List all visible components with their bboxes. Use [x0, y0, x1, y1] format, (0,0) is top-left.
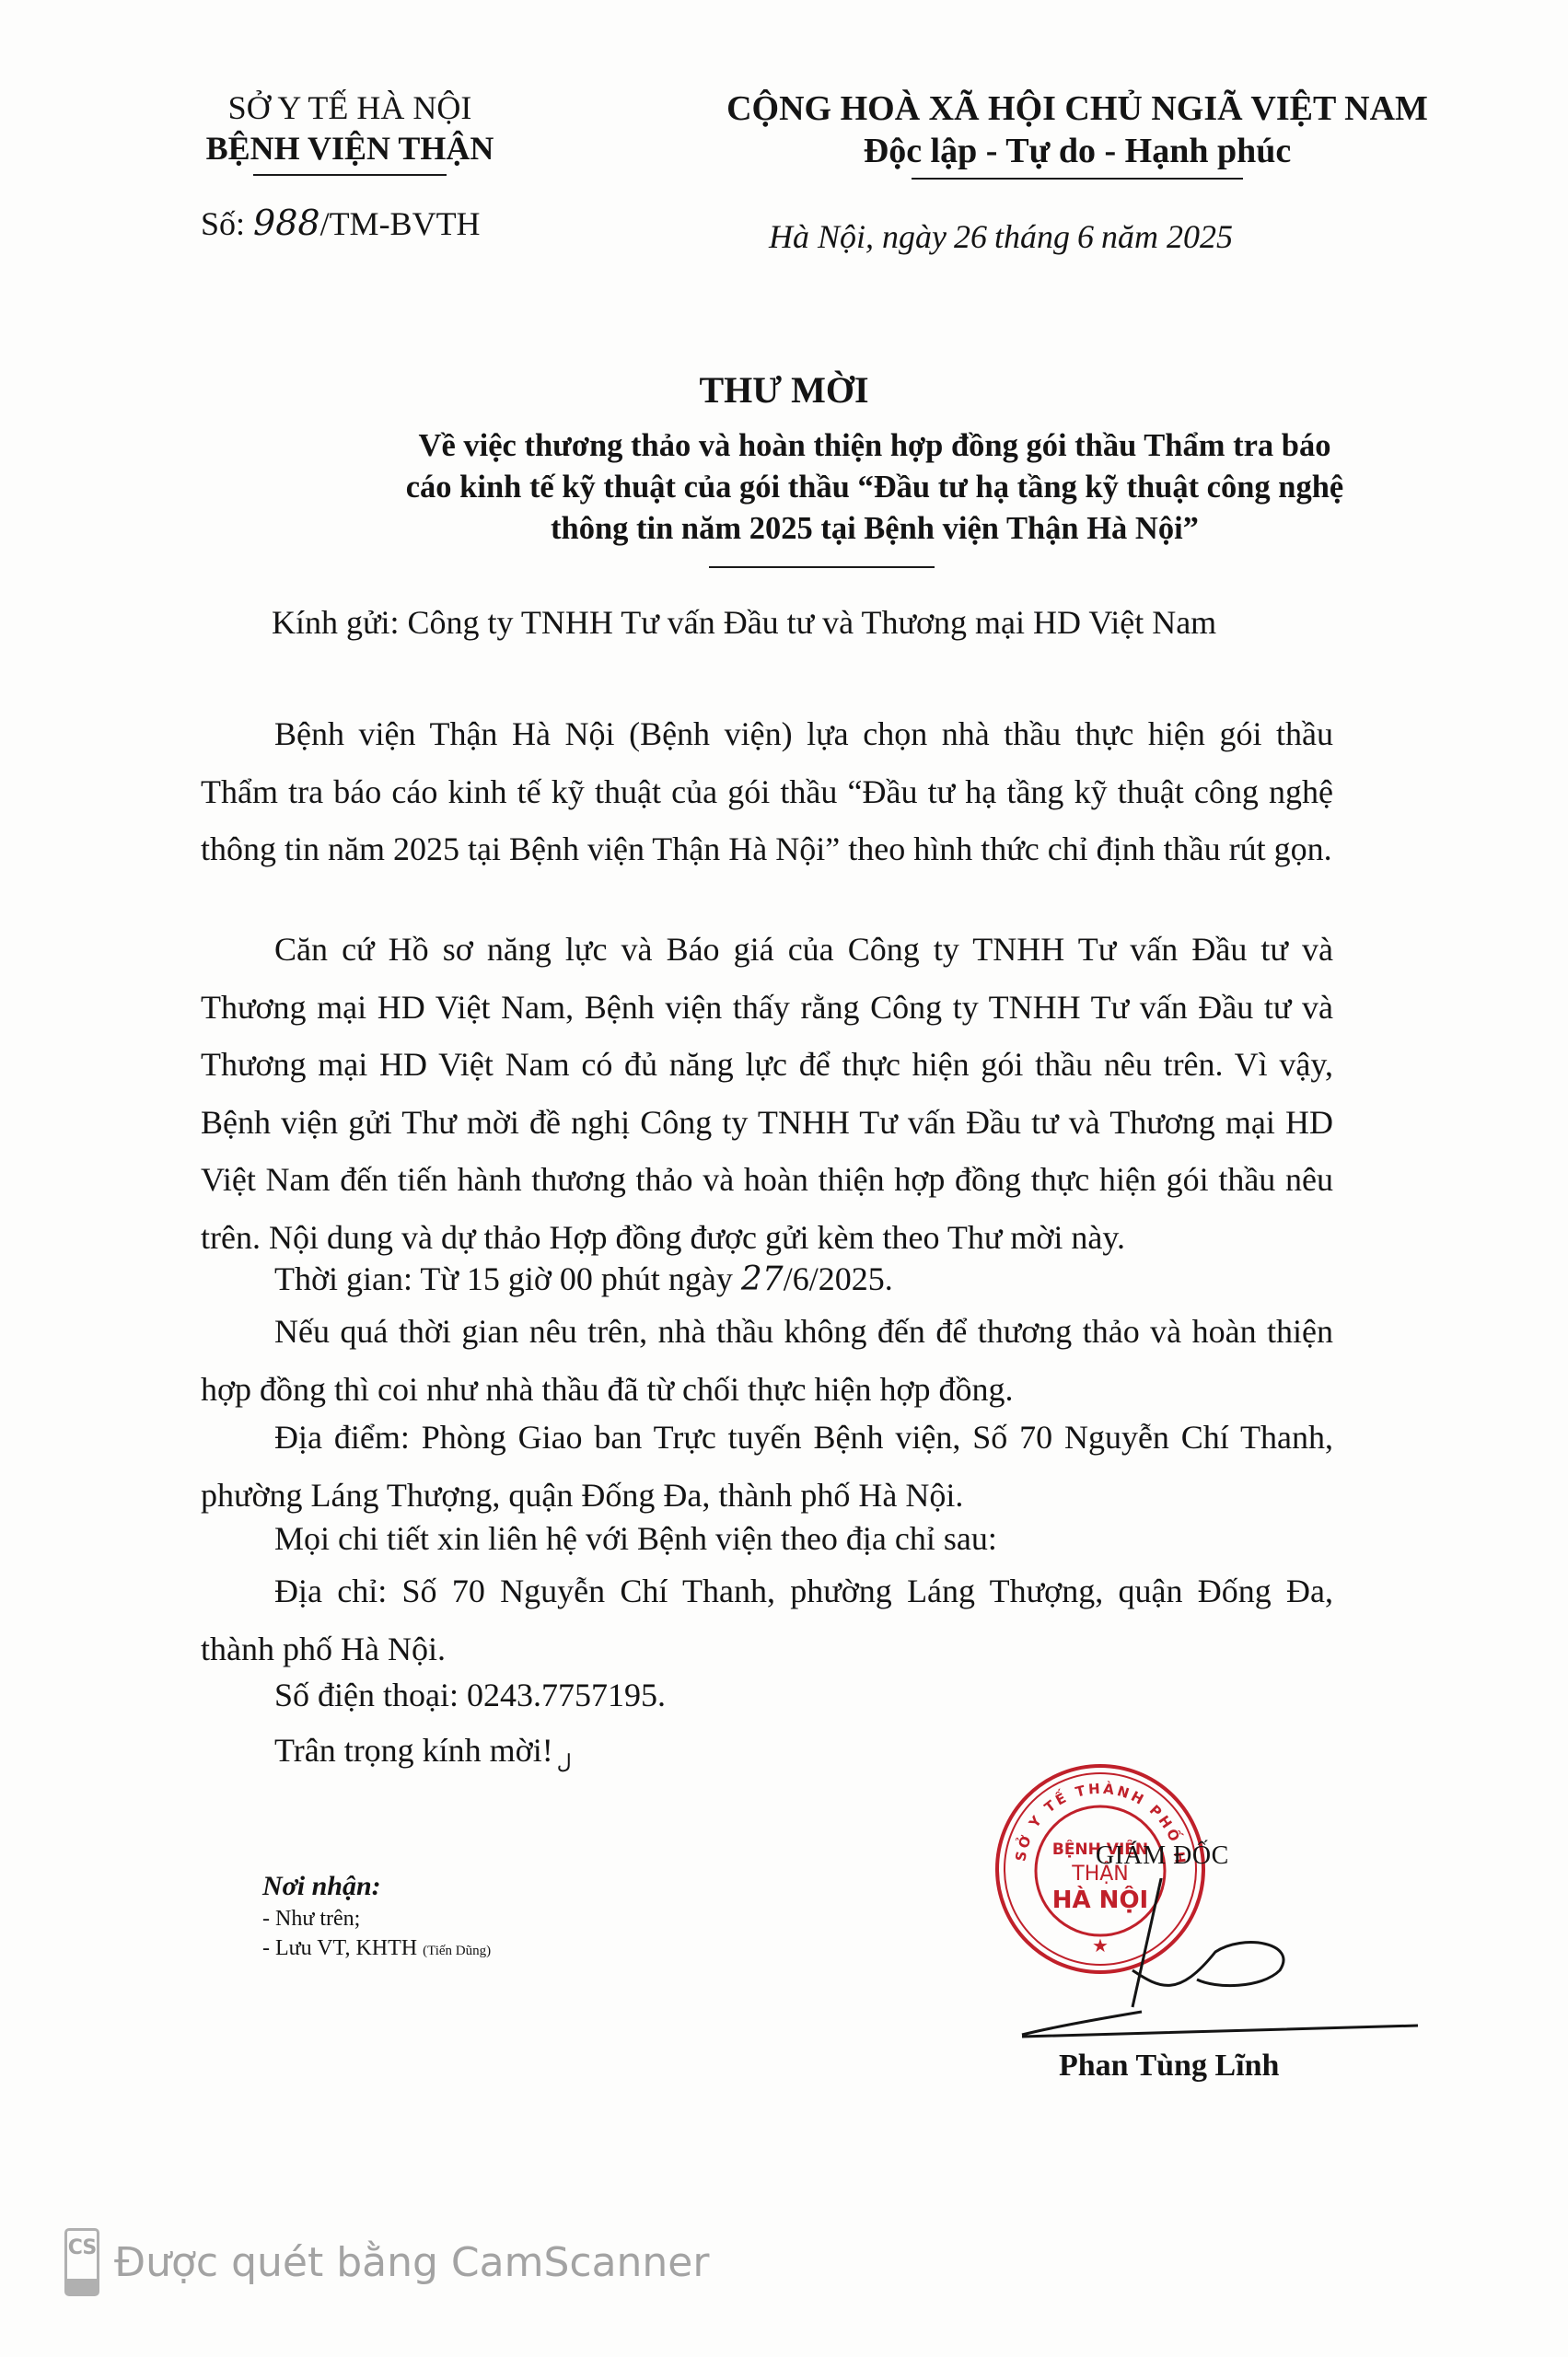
- date-day: 26: [947, 218, 994, 255]
- document-subject: Về việc thương thảo và hoàn thiện hợp đồ…: [396, 425, 1353, 550]
- issuing-authority-block: SỞ Y TẾ HÀ NỘI BỆNH VIỆN THẬN: [157, 87, 543, 176]
- agency-name: SỞ Y TẾ HÀ NỘI: [157, 87, 543, 128]
- time-day-handwritten: 27: [741, 1260, 784, 1298]
- motto-underline: [912, 178, 1243, 180]
- meeting-location: Địa điểm: Phòng Giao ban Trực tuyến Bệnh…: [201, 1409, 1333, 1525]
- recipients-block: Nơi nhận: - Như trên; - Lưu VT, KHTH (Ti…: [262, 1869, 491, 1966]
- date-month: 6: [1070, 218, 1101, 255]
- subject-underline: [709, 566, 935, 568]
- national-motto: Độc lập - Tự do - Hạnh phúc: [663, 130, 1492, 172]
- place-and-date: Hà Nội, ngày26tháng6năm 2025: [769, 217, 1233, 256]
- contact-phone: Số điện thoại: 0243.7757195.: [201, 1666, 1333, 1724]
- camscanner-text: Được quét bằng CamScanner: [114, 2239, 709, 2286]
- meeting-time: Thời gian: Từ 15 giờ 00 phút ngày 27/6/2…: [201, 1250, 1333, 1309]
- contact-intro: Mọi chi tiết xin liên hệ với Bệnh viện t…: [201, 1510, 1333, 1568]
- date-month-label: tháng: [994, 218, 1070, 255]
- camscanner-watermark: CS Được quét bằng CamScanner: [64, 2228, 709, 2296]
- national-header-block: CỘNG HOÀ XÃ HỘI CHỦ NGIÃ VIỆT NAM Độc lậ…: [663, 87, 1492, 180]
- date-year: năm 2025: [1101, 218, 1233, 255]
- paragraph-selection: Bệnh viện Thận Hà Nội (Bệnh viện) lựa ch…: [201, 705, 1333, 878]
- addressee-greeting: Kính gửi: Công ty TNHH Tư vấn Đầu tư và …: [272, 603, 1216, 642]
- doc-number-suffix: /TM-BVTH: [320, 205, 481, 242]
- handwritten-initials: ل: [553, 1750, 572, 1773]
- paragraph-invitation: Căn cứ Hồ sơ năng lực và Báo giá của Côn…: [201, 921, 1333, 1266]
- doc-number-handwritten: 988: [253, 203, 320, 243]
- nation-name: CỘNG HOÀ XÃ HỘI CHỦ NGIÃ VIỆT NAM: [663, 87, 1492, 130]
- camscanner-logo-text: CS: [68, 2236, 96, 2259]
- contact-address: Địa chỉ: Số 70 Nguyễn Chí Thanh, phường …: [201, 1562, 1333, 1678]
- camscanner-logo-icon: CS: [64, 2228, 99, 2296]
- date-prefix: Hà Nội, ngày: [769, 218, 947, 255]
- document-number: Số: 988/TM-BVTH: [201, 203, 481, 243]
- signer-position: GIÁM ĐỐC: [1096, 1841, 1229, 1871]
- drafter-note: (Tiến Dũng): [423, 1944, 491, 1958]
- organization-underline: [253, 174, 447, 176]
- document-title: THƯ MỜI: [0, 368, 1568, 412]
- recipient-item: - Lưu VT, KHTH (Tiến Dũng): [262, 1933, 491, 1966]
- organization-name: BỆNH VIỆN THẬN: [157, 128, 543, 168]
- recipient-archive: - Lưu VT, KHTH: [262, 1936, 417, 1960]
- handwritten-signature-icon: [1004, 1878, 1427, 2062]
- late-notice: Nếu quá thời gian nêu trên, nhà thầu khô…: [201, 1303, 1333, 1419]
- recipients-heading: Nơi nhận:: [262, 1869, 491, 1904]
- time-prefix: Thời gian: Từ 15 giờ 00 phút ngày: [274, 1260, 733, 1297]
- recipient-item: - Như trên;: [262, 1904, 491, 1933]
- signer-name: Phan Tùng Lĩnh: [1059, 2049, 1279, 2084]
- closing-text: Trân trọng kính mời!: [274, 1732, 553, 1769]
- doc-number-label: Số:: [201, 205, 245, 242]
- time-suffix: /6/2025.: [784, 1260, 893, 1297]
